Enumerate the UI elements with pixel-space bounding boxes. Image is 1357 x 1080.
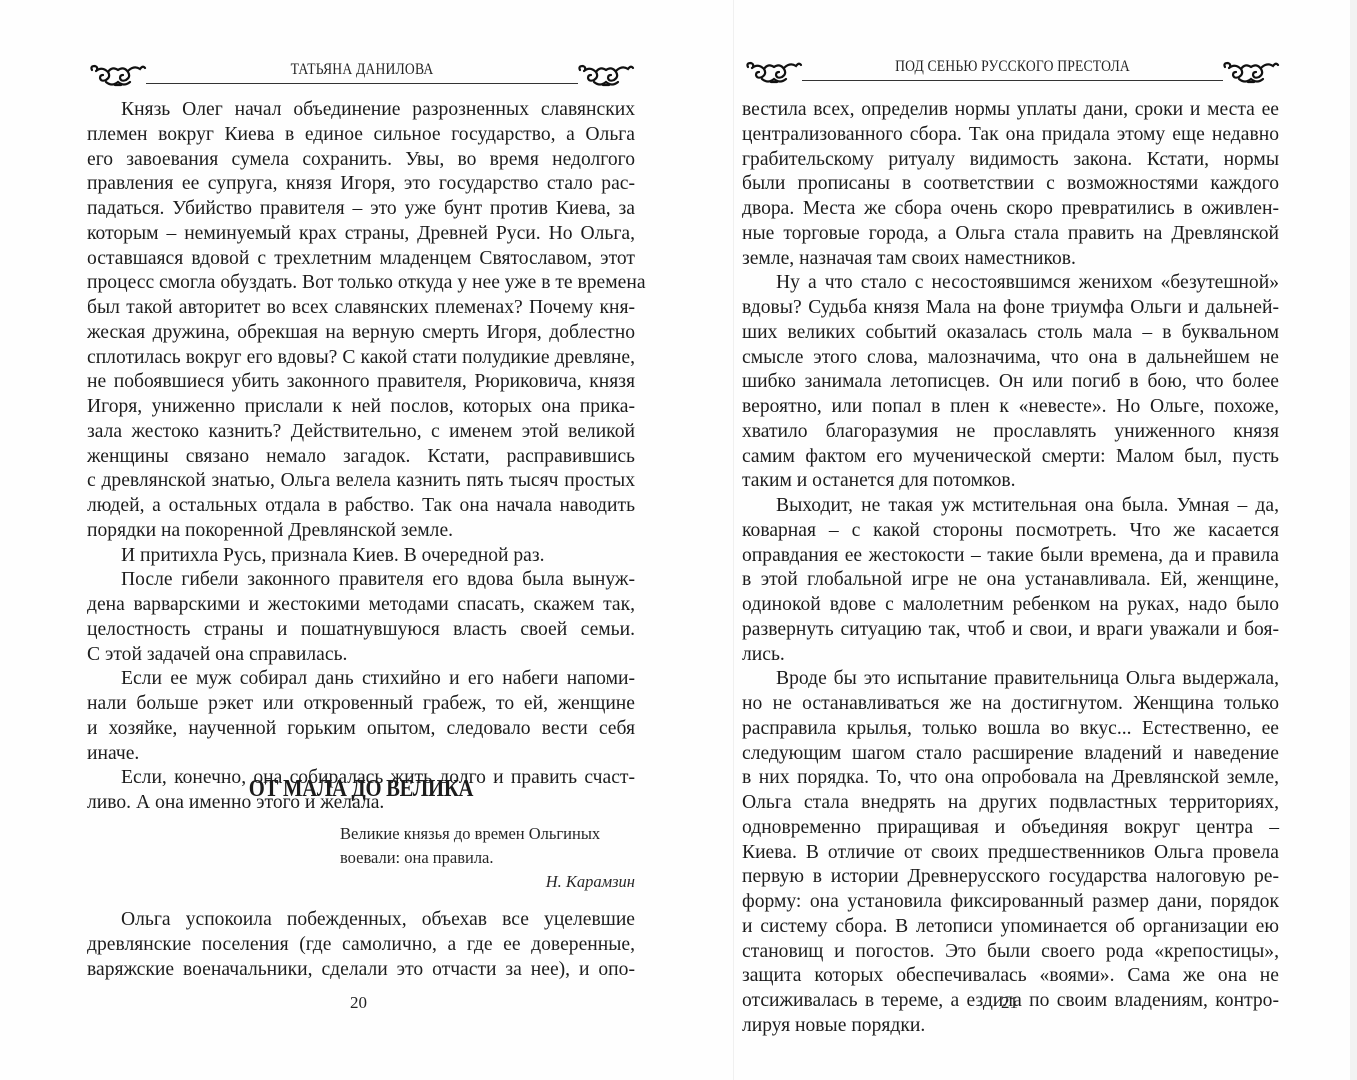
text-line: которым – неминуемый крах страны, Древне… — [87, 222, 635, 247]
scroll-flourish-icon — [1221, 58, 1281, 88]
header-rule — [146, 83, 578, 84]
text-line: его завоевания сумела сохранить. Увы, во… — [87, 148, 635, 173]
text-line: в этой глобальной игре не она устанавлив… — [742, 568, 1279, 593]
text-line: племен вокруг Киева в единое сильное гос… — [87, 123, 635, 148]
text-line: Выходит, не такая уж мстительная она был… — [742, 494, 1279, 519]
text-line: вдовы? Судьба князя Мала на фоне триумфа… — [742, 296, 1279, 321]
epigraph-line: воевали: она правила. — [340, 846, 635, 870]
text-line: Если ее муж собирал дань стихийно и его … — [87, 667, 635, 692]
text-line: ные торговые города, а Ольга стала прави… — [742, 222, 1279, 247]
text-line: Киева. В отличие от своих предшественник… — [742, 841, 1279, 866]
running-head-author: ТАТЬЯНА ДАНИЛОВА — [121, 61, 603, 79]
text-line: порядки на покоренной Древлянской земле. — [87, 519, 635, 544]
text-line: С этой задачей она справилась. — [87, 643, 635, 668]
text-line: Ольга стала внедрять на других подвластн… — [742, 791, 1279, 816]
text-line: После гибели законного правителя его вдо… — [87, 568, 635, 593]
scroll-flourish-icon — [576, 61, 636, 91]
text-line: с древлянской знатью, Ольга велела казни… — [87, 469, 635, 494]
left-page: ТАТЬЯНА ДАНИЛОВА Князь Олег начал объеди… — [0, 0, 733, 1080]
text-line: лируя новые порядки. — [742, 1014, 1279, 1039]
text-line: вестила всех, определив нормы уплаты дан… — [742, 98, 1279, 123]
section-heading: ОТ МАЛА ДО ВЕЛИКА — [125, 776, 596, 803]
text-line: земле, назначая там своих наместников. — [742, 247, 1279, 272]
epigraph-line: Великие князья до времен Ольгиных — [340, 822, 635, 846]
text-line: Игоря, униженно прислали к ней послов, к… — [87, 395, 635, 420]
text-line: жеская дружина, обрекшая на верную смерт… — [87, 321, 635, 346]
body-text-right: вестила всех, определив нормы уплаты дан… — [742, 98, 1279, 1039]
text-line: лись. — [742, 643, 1279, 668]
text-line: варяжские военачальники, сделали это отч… — [87, 958, 635, 983]
text-line: двора. Места же сбора очень скоро превра… — [742, 197, 1279, 222]
text-line: зала жестоко казнить? Действительно, с и… — [87, 420, 635, 445]
text-line: Вроде бы это испытание правительница Оль… — [742, 667, 1279, 692]
text-line: грабительскому ритуалу видимость закона.… — [742, 148, 1279, 173]
text-line: одновременно приращивая и объединяя вокр… — [742, 816, 1279, 841]
text-line: И притихла Русь, признала Киев. В очеред… — [87, 544, 635, 569]
text-line: коварная – с какой стороны посмотреть. Ч… — [742, 519, 1279, 544]
text-line: одинокой вдове с малолетним ребенком на … — [742, 593, 1279, 618]
text-line: нали больше рэкет или откровенный грабеж… — [87, 692, 635, 717]
text-line: людей, а остальных отдала в рабство. Так… — [87, 494, 635, 519]
text-line: правления ее супруга, князя Игоря, это г… — [87, 172, 635, 197]
text-line: таким и останется для потомков. — [742, 469, 1279, 494]
text-line: первую в истории Древнерусского государс… — [742, 865, 1279, 890]
text-line: следующим шагом стало расширение владени… — [742, 742, 1279, 767]
text-line: и систему сбора. В летописи упоминается … — [742, 915, 1279, 940]
text-line: шибко занимала летописцев. Он или погиб … — [742, 370, 1279, 395]
text-line: оправдания ее жестокости – такие были вр… — [742, 544, 1279, 569]
text-line: ших великих событий оказалась столь мала… — [742, 321, 1279, 346]
text-line: Ну а что стало с несостоявшимся женихом … — [742, 271, 1279, 296]
right-page: ПОД СЕНЬЮ РУССКОГО ПРЕСТОЛА вестила всех… — [733, 0, 1351, 1080]
body-text-left: Князь Олег начал объединение разрозненны… — [87, 98, 635, 816]
epigraph: Великие князья до времен Ольгиных воевал… — [340, 822, 635, 894]
text-line: расправила крылья, только вошла во вкус.… — [742, 717, 1279, 742]
text-line: дена варварскими и жестокими методами сп… — [87, 593, 635, 618]
text-line: древлянские поселения (где самолично, а … — [87, 933, 635, 958]
text-line: и хозяйке, наученной горьким опытом, сле… — [87, 717, 635, 742]
text-line: хватило благоразумия не прославлять униж… — [742, 420, 1279, 445]
text-line: целостность страны и пошатнувшуюся власт… — [87, 618, 635, 643]
text-line: форму: она установила фиксированный разм… — [742, 890, 1279, 915]
header-rule — [802, 80, 1223, 81]
text-line: становищ и погостов. Это были своего род… — [742, 940, 1279, 965]
text-line: вероятно, или попал в плен к «невесте». … — [742, 395, 1279, 420]
page-number-right: 21 — [1001, 993, 1018, 1013]
text-line: сплотилась вокруг его вдовы? С какой ста… — [87, 346, 635, 371]
epigraph-author: Н. Карамзин — [340, 870, 635, 894]
text-line: но не останавливаться же на достигнутом.… — [742, 692, 1279, 717]
text-line: падаться. Убийство правителя – это уже б… — [87, 197, 635, 222]
text-line: был такой авторитет во всех славянских п… — [87, 296, 635, 321]
text-line: смысле этого слова, малозначима, что она… — [742, 346, 1279, 371]
text-line: развернуть ситуацию так, чтоб и свои, и … — [742, 618, 1279, 643]
text-line: не побоявшиеся убить законного правителя… — [87, 370, 635, 395]
text-line: процесс смогла обуздать. Вот только отку… — [87, 271, 635, 296]
text-line: самим фактом его мученической смерти: Ма… — [742, 445, 1279, 470]
running-head-left: ТАТЬЯНА ДАНИЛОВА — [88, 55, 636, 95]
text-line: женщины связано немало загадок. Кстати, … — [87, 445, 635, 470]
text-line: Ольга успокоила побежденных, объехав все… — [87, 908, 635, 933]
page-number-left: 20 — [350, 993, 367, 1013]
page-edge — [1350, 0, 1357, 1080]
running-head-right: ПОД СЕНЬЮ РУССКОГО ПРЕСТОЛА — [744, 52, 1281, 92]
running-head-book-title: ПОД СЕНЬЮ РУССКОГО ПРЕСТОЛА — [776, 58, 1249, 76]
text-line: защита которых обеспечивалась «воями». С… — [742, 964, 1279, 989]
text-line: оставшаяся вдовой с трехлетним младенцем… — [87, 247, 635, 272]
text-line: Князь Олег начал объединение разрозненны… — [87, 98, 635, 123]
text-line: централизованного сбора. Так она придала… — [742, 123, 1279, 148]
body-text-left-continued: Ольга успокоила побежденных, объехав все… — [87, 908, 635, 982]
text-line: были прописаны в соответствии с возможно… — [742, 172, 1279, 197]
text-line: иначе. — [87, 742, 635, 767]
text-line: в них порядка. То, что она опробовала на… — [742, 766, 1279, 791]
